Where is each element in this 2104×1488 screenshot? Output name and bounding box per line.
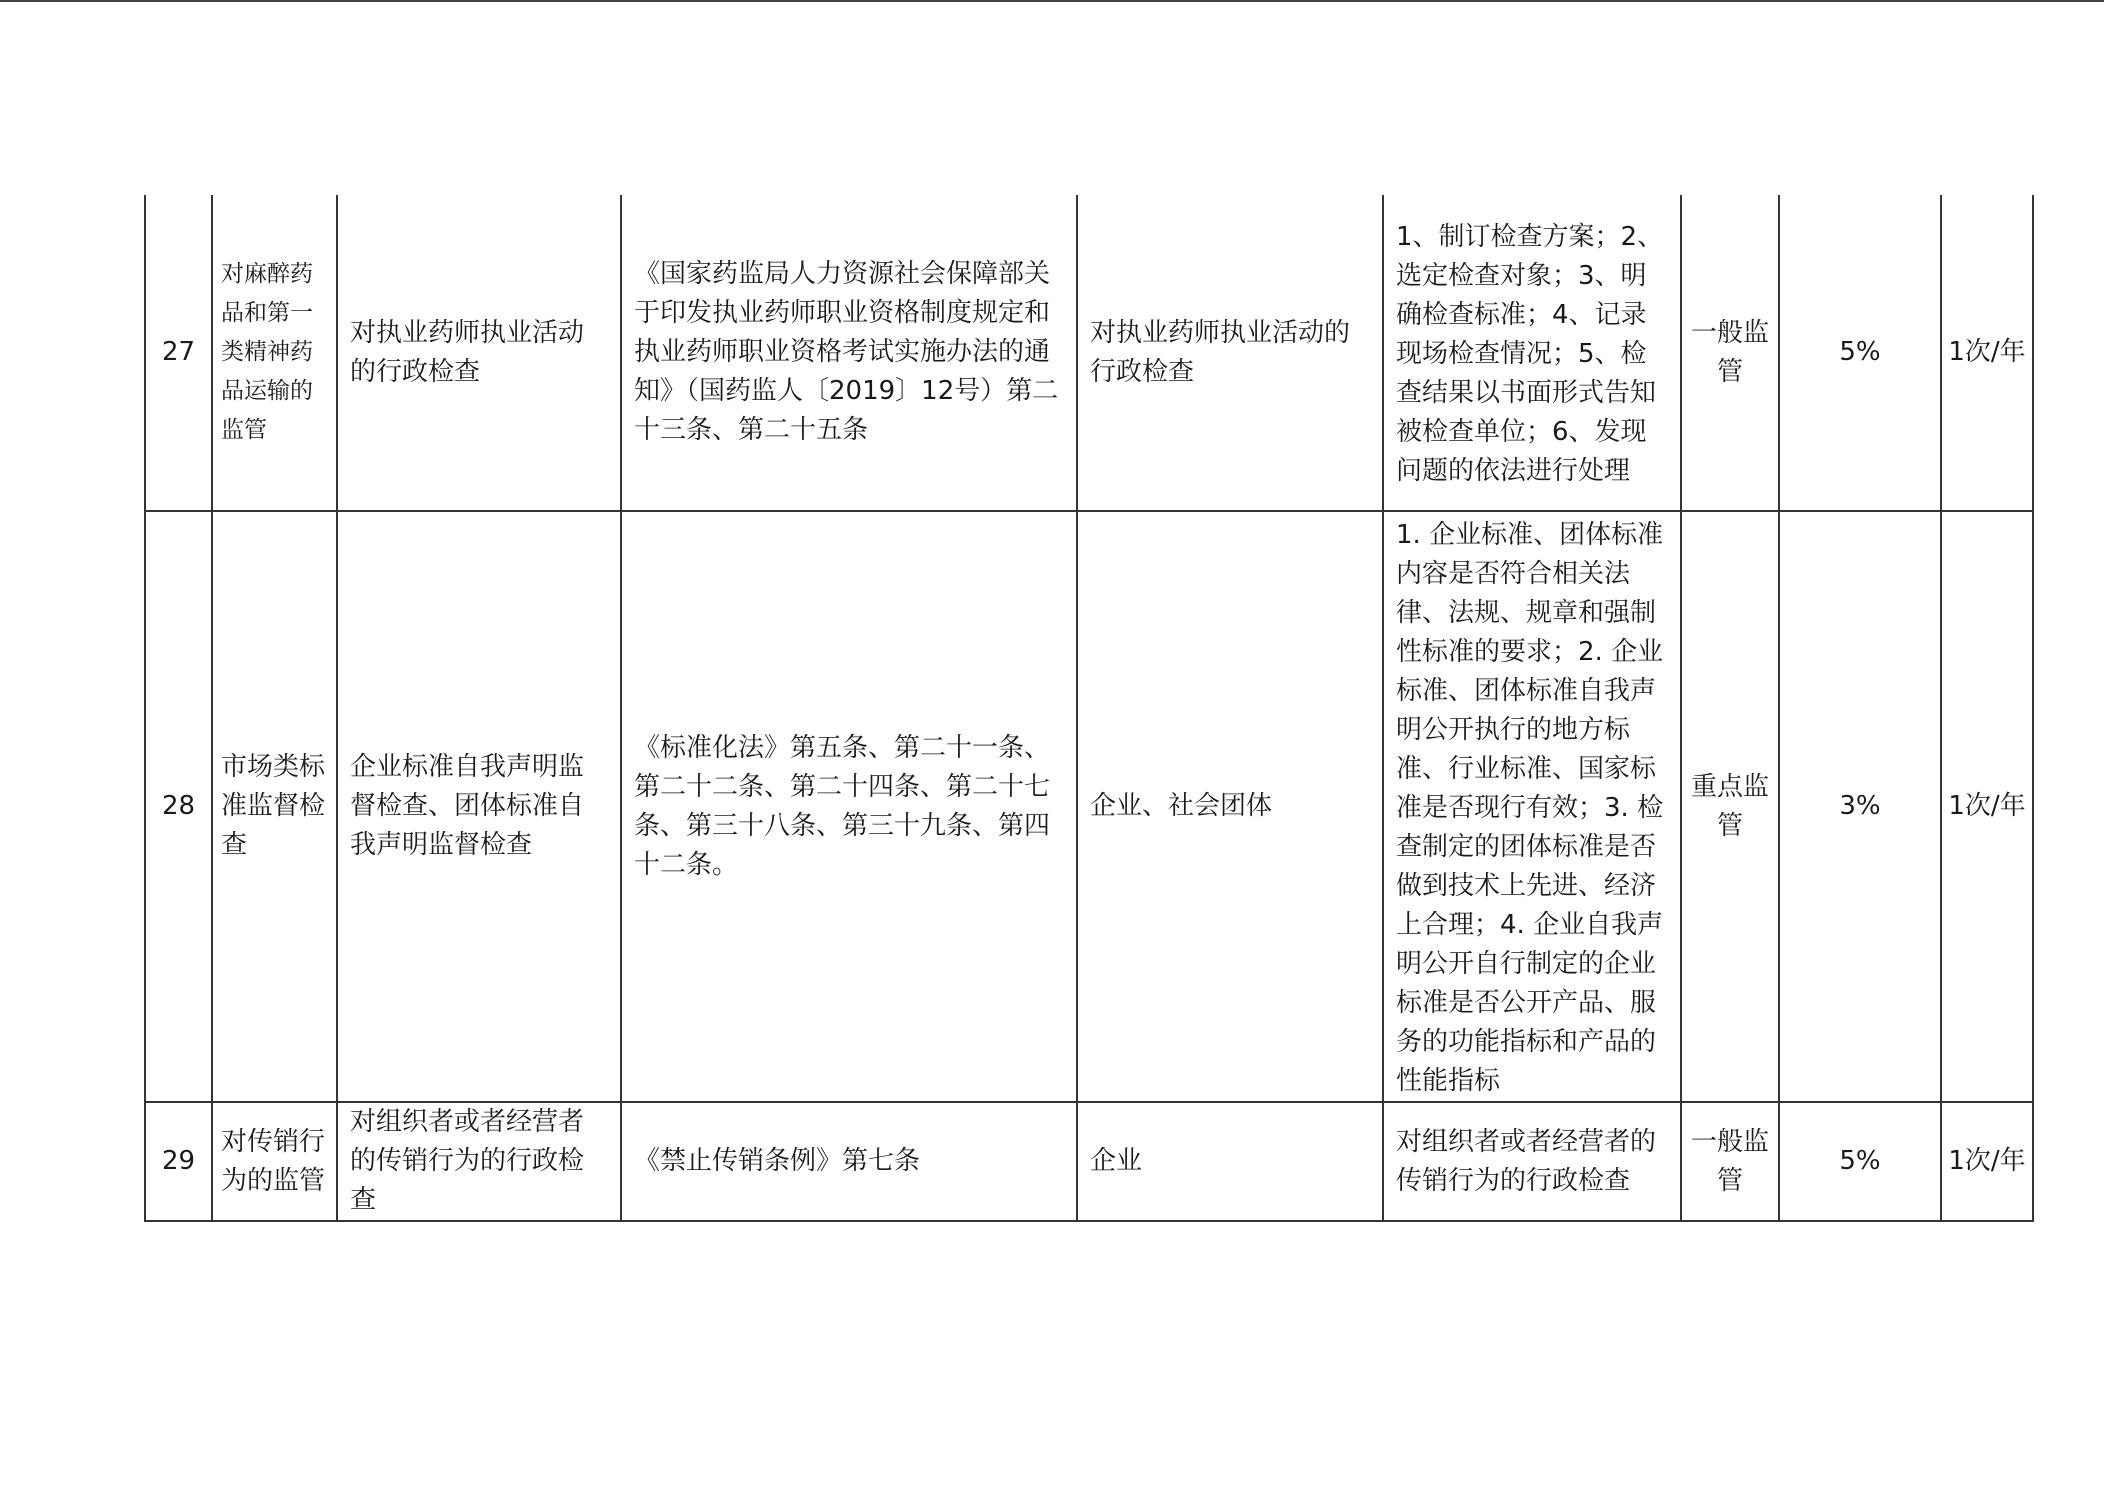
sampling-ratio: 5% <box>1779 195 1941 511</box>
supervision-level: 一般监管 <box>1681 195 1779 511</box>
legal-basis: 《国家药监局人力资源社会保障部关于印发执业药师职业资格制度规定和执业药师职业资格… <box>621 195 1077 511</box>
inspection-content: 对组织者或者经营者的传销行为的行政检查 <box>1383 1102 1681 1221</box>
sampling-ratio: 3% <box>1779 511 1941 1102</box>
inspection-frequency: 1次/年 <box>1941 1102 2033 1221</box>
supervision-table: 27 对麻醉药品和第一类精神药品运输的监管 对执业药师执业活动的行政检查 《国家… <box>144 195 2034 1222</box>
sampling-ratio: 5% <box>1779 1102 1941 1221</box>
row-number: 27 <box>145 195 212 511</box>
inspection-object: 对执业药师执业活动的行政检查 <box>1077 195 1383 511</box>
supervision-level: 重点监管 <box>1681 511 1779 1102</box>
inspection-item: 对执业药师执业活动的行政检查 <box>337 195 621 511</box>
supervision-category: 对麻醉药品和第一类精神药品运输的监管 <box>212 195 337 511</box>
inspection-object: 企业、社会团体 <box>1077 511 1383 1102</box>
inspection-content: 1. 企业标准、团体标准内容是否符合相关法律、法规、规章和强制性标准的要求；2.… <box>1383 511 1681 1102</box>
inspection-object: 企业 <box>1077 1102 1383 1221</box>
inspection-item: 对组织者或者经营者的传销行为的行政检查 <box>337 1102 621 1221</box>
table-row: 28 市场类标准监督检查 企业标准自我声明监督检查、团体标准自我声明监督检查 《… <box>145 511 2033 1102</box>
supervision-level: 一般监管 <box>1681 1102 1779 1221</box>
row-number: 28 <box>145 511 212 1102</box>
inspection-frequency: 1次/年 <box>1941 195 2033 511</box>
table-row: 27 对麻醉药品和第一类精神药品运输的监管 对执业药师执业活动的行政检查 《国家… <box>145 195 2033 511</box>
inspection-item: 企业标准自我声明监督检查、团体标准自我声明监督检查 <box>337 511 621 1102</box>
inspection-frequency: 1次/年 <box>1941 511 2033 1102</box>
supervision-category: 对传销行为的监管 <box>212 1102 337 1221</box>
page-top-border <box>0 0 2104 2</box>
table-row: 29 对传销行为的监管 对组织者或者经营者的传销行为的行政检查 《禁止传销条例》… <box>145 1102 2033 1221</box>
inspection-content: 1、制订检查方案；2、选定检查对象；3、明确检查标准；4、记录现场检查情况；5、… <box>1383 195 1681 511</box>
row-number: 29 <box>145 1102 212 1221</box>
legal-basis: 《禁止传销条例》第七条 <box>621 1102 1077 1221</box>
supervision-category: 市场类标准监督检查 <box>212 511 337 1102</box>
legal-basis: 《标准化法》第五条、第二十一条、第二十二条、第二十四条、第二十七条、第三十八条、… <box>621 511 1077 1102</box>
